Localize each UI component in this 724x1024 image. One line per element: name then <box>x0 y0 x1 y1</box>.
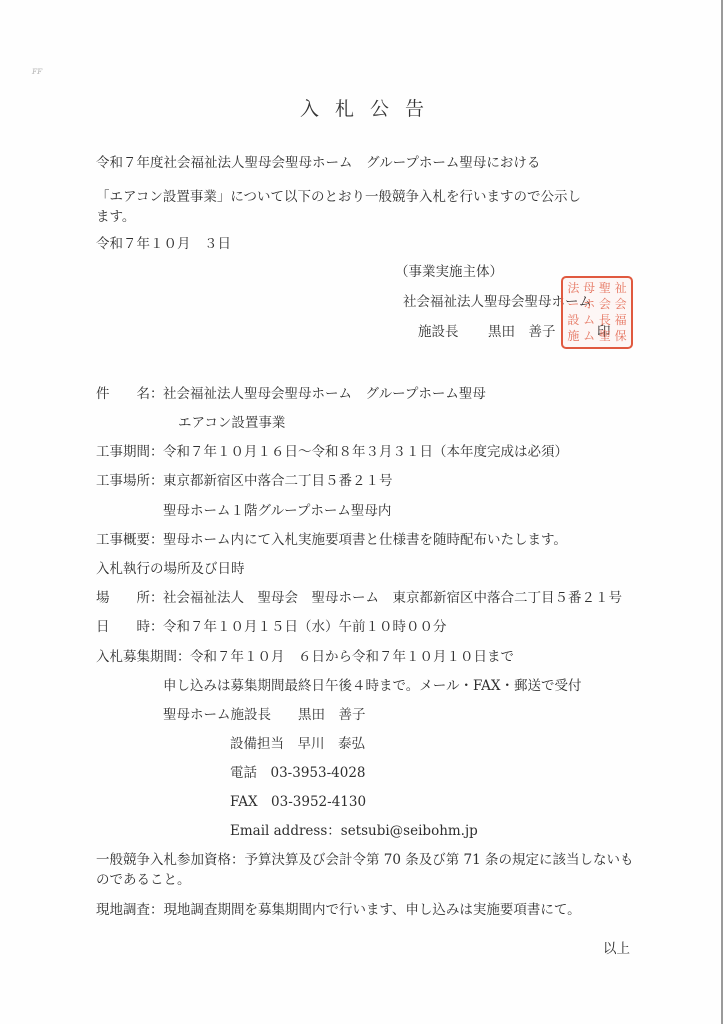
stamp-char: 聖 <box>598 281 613 296</box>
period-value: 令和７年１０月１６日～令和８年３月３１日（本年度完成は必須） <box>163 444 568 460</box>
site-survey: 現地調査：現地調査期間を募集期間内で行います、申し込みは実施要項書にて。 <box>96 902 581 918</box>
contact-email[interactable]: Email address：setsubi@seibohm.jp <box>230 823 478 839</box>
official-seal-stamp: 法 母 聖 祉 ー ホ 会 会 設 ム 長 福 施 ム 聖 保 <box>561 276 633 349</box>
location-line-1: 東京都新宿区中落合二丁目５番２１号 <box>163 473 393 489</box>
datetime-label: 日 時： <box>96 619 164 635</box>
stamp-char: 福 <box>613 313 628 328</box>
scan-edge-line <box>721 0 723 1024</box>
period-label: 工事期間： <box>96 444 164 460</box>
place-value: 社会福祉法人 聖母会 聖母ホーム 東京都新宿区中落合二丁目５番２１号 <box>163 590 622 606</box>
issuer-name: 黒田 善子 <box>488 324 556 340</box>
contact-fax: FAX 03-3952-4130 <box>230 794 366 810</box>
qualification-line-1: 一般競争入札参加資格：予算決算及び会計令第 70 条及び第 71 条の規定に該当… <box>96 852 634 868</box>
location-label: 工事場所： <box>96 473 164 489</box>
project-name-label: 件 名： <box>96 386 164 402</box>
intro-line-2: 「エアコン設置事業」について以下のとおり一般競争入札を行いますので公示し <box>96 189 581 205</box>
stamp-char: 長 <box>598 313 613 328</box>
document-page: ꜰꜰ 入札公告 令和７年度社会福祉法人聖母会聖母ホーム グループホーム聖母におけ… <box>0 0 724 1024</box>
stamp-char: ー <box>566 297 581 312</box>
stamp-char: 母 <box>582 281 597 296</box>
intro-line-3: ます。 <box>96 209 135 225</box>
announcement-date: 令和７年１０月 ３日 <box>96 236 231 252</box>
stamp-char: ム <box>582 313 597 328</box>
stamp-char: 保 <box>613 329 628 344</box>
recruit-period: 令和７年１０月 ６日から令和７年１０月１０日まで <box>190 649 514 665</box>
stamp-char: ム <box>582 329 597 344</box>
stamp-char: 祉 <box>613 281 628 296</box>
qualification-line-2: のであること。 <box>96 872 191 888</box>
location-line-2: 聖母ホーム１階グループホーム聖母内 <box>163 503 391 519</box>
stamp-char: 会 <box>613 297 628 312</box>
application-note: 申し込みは募集期間最終日午後４時まで。メール・FAX・郵送で受付 <box>163 678 582 694</box>
issuer-heading: （事業実施主体） <box>395 264 503 280</box>
closing-mark: 以上 <box>603 941 630 957</box>
document-title: 入札公告 <box>0 94 724 121</box>
datetime-value: 令和７年１０月１５日（水）午前１０時００分 <box>163 619 447 635</box>
place-label: 場 所： <box>96 590 164 606</box>
stamp-char: 聖 <box>598 329 613 344</box>
contact-director: 聖母ホーム施設長 黒田 善子 <box>163 707 366 723</box>
recruit-label: 入札募集期間： <box>96 649 191 665</box>
intro-line-1: 令和７年度社会福祉法人聖母会聖母ホーム グループホーム聖母における <box>96 155 540 171</box>
project-name-line-1: 社会福祉法人聖母会聖母ホーム グループホーム聖母 <box>163 386 486 402</box>
issuer-position: 施設長 <box>418 324 459 340</box>
contact-staff: 設備担当 早川 泰弘 <box>230 736 365 752</box>
scan-speck: ꜰꜰ <box>32 66 42 77</box>
bid-section-heading: 入札執行の場所及び日時 <box>96 561 245 577</box>
project-name-line-2: エアコン設置事業 <box>178 415 285 431</box>
stamp-char: 会 <box>598 297 613 312</box>
stamp-char: ホ <box>582 297 597 312</box>
overview-label: 工事概要： <box>96 532 164 548</box>
overview-value: 聖母ホーム内にて入札実施要項書と仕様書を随時配布いたします。 <box>163 532 567 548</box>
stamp-char: 設 <box>566 313 581 328</box>
stamp-char: 施 <box>566 329 581 344</box>
contact-phone: 電話 03-3953-4028 <box>230 765 366 781</box>
stamp-char: 法 <box>566 281 581 296</box>
